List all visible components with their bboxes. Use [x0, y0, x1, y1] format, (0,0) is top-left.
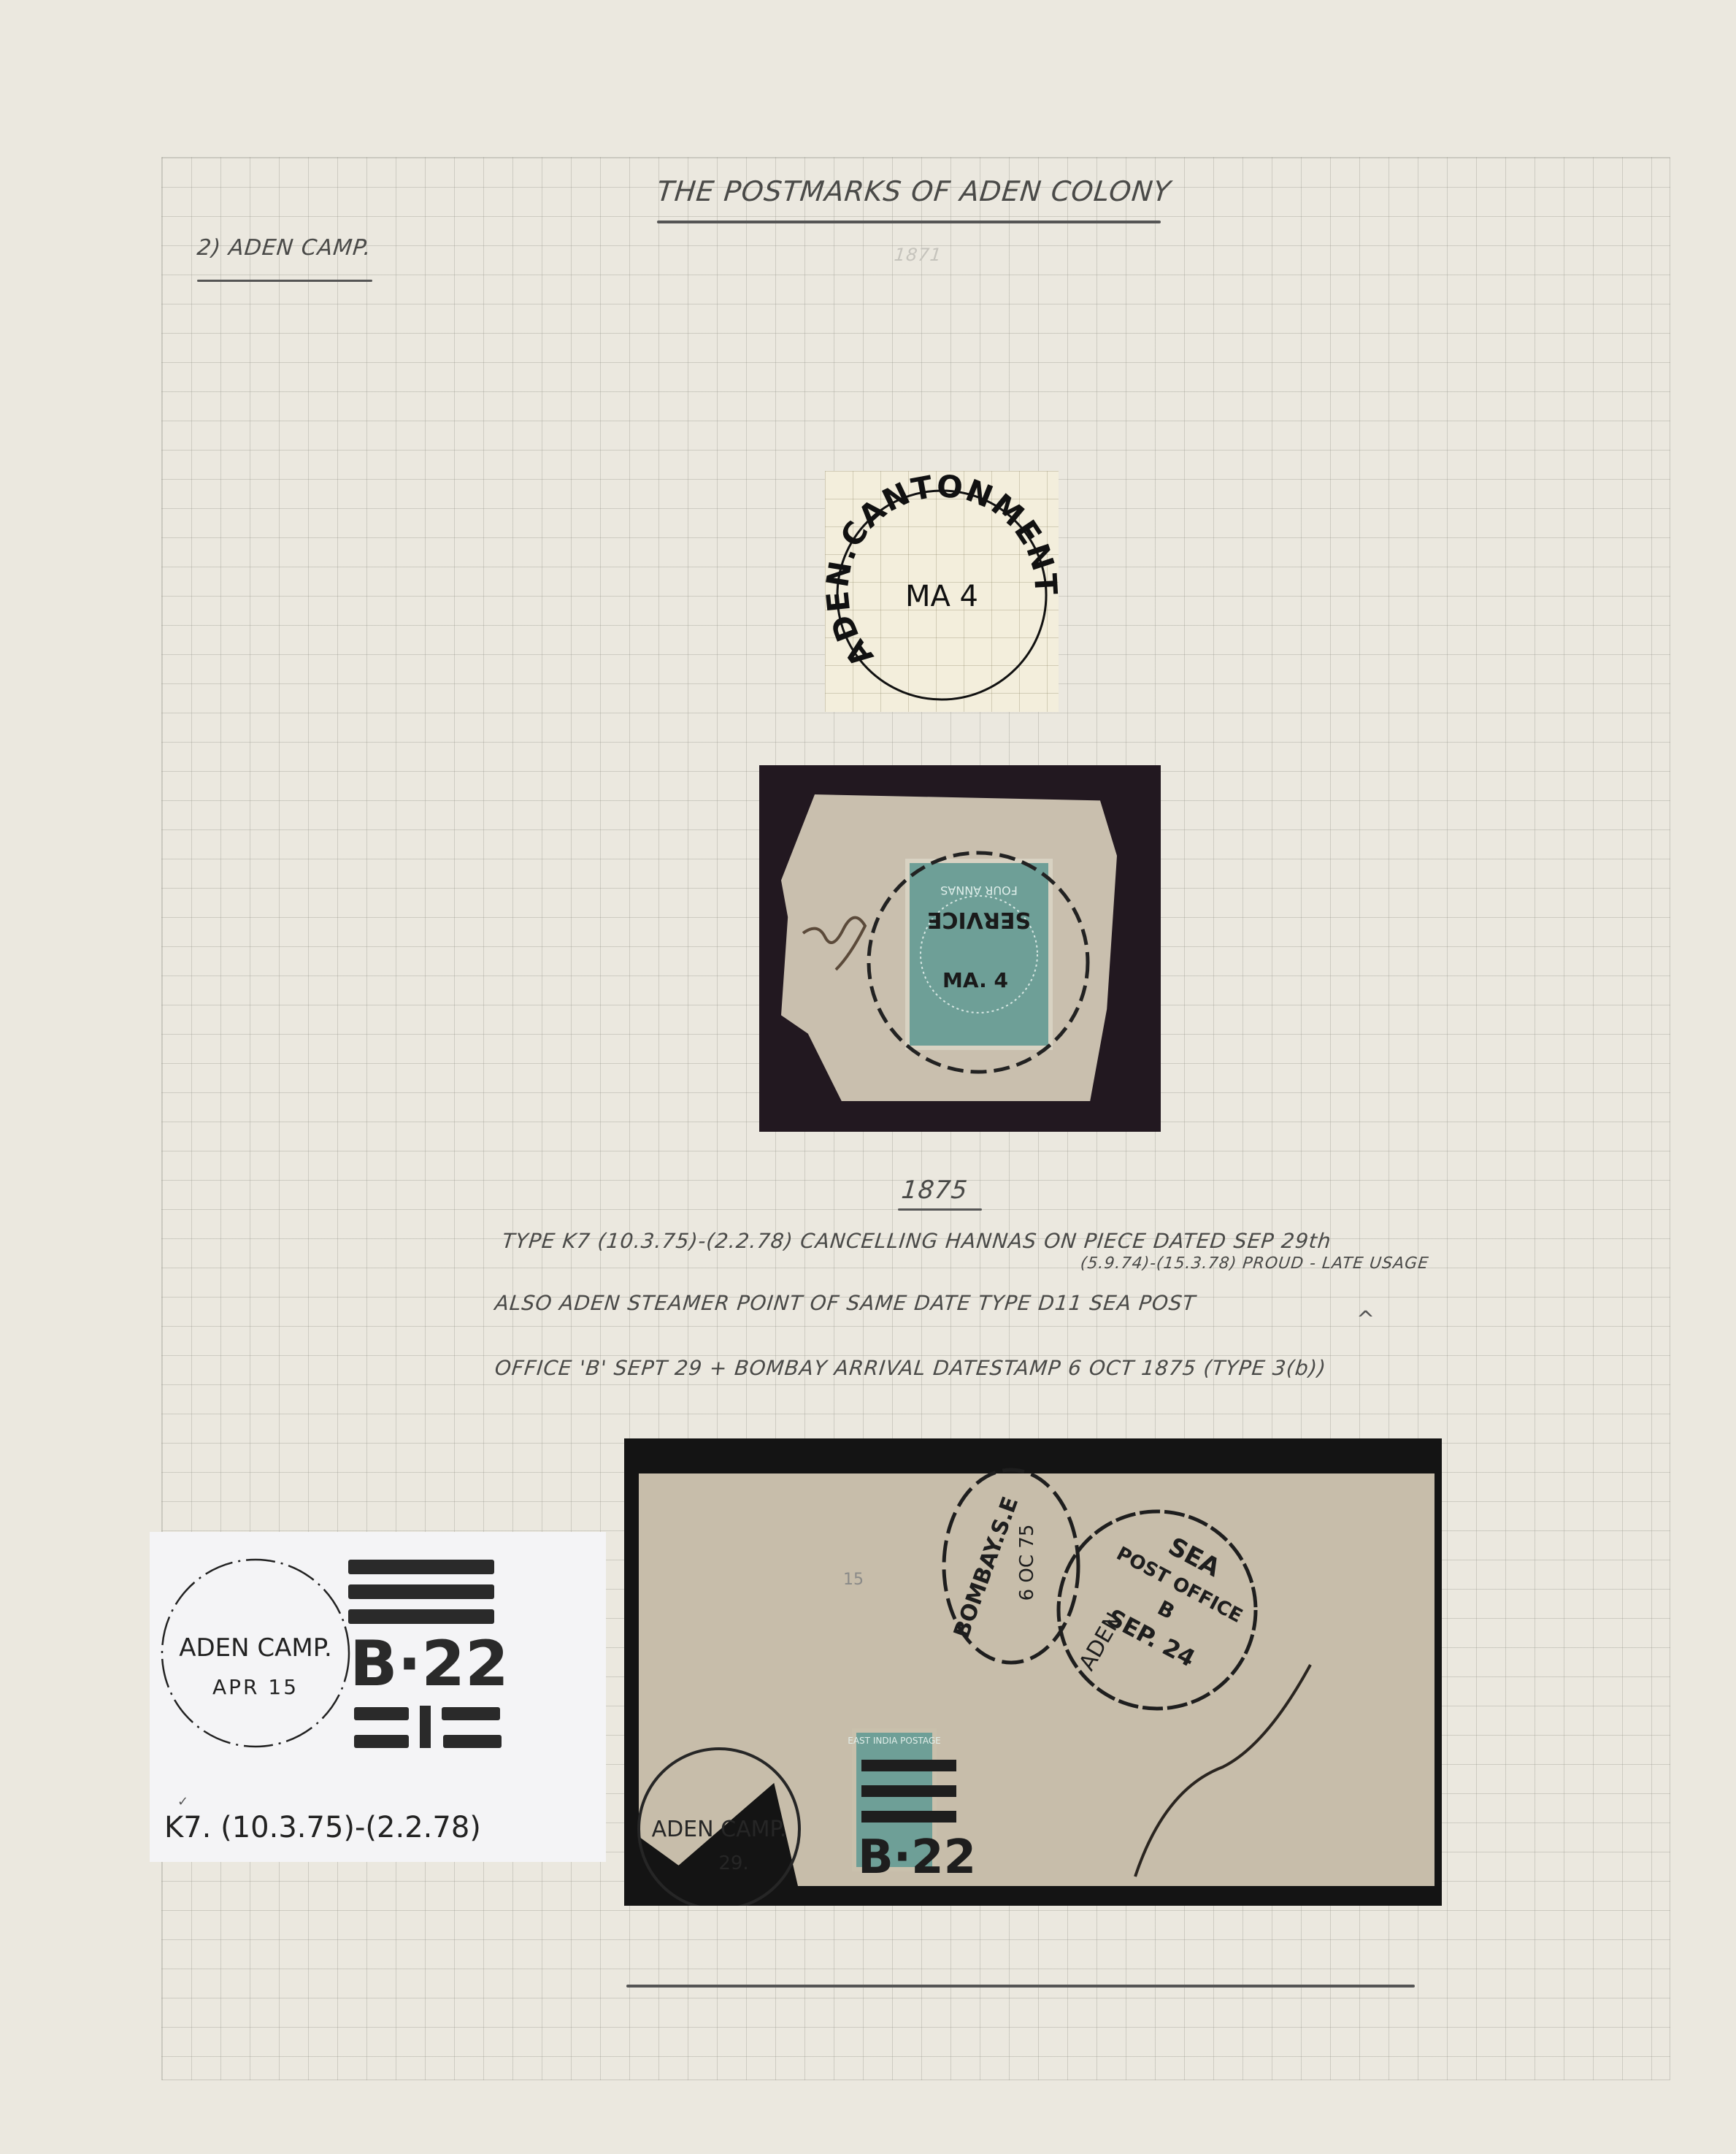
title-underline	[657, 221, 1161, 223]
cover-postmarks: ADEN CAMP. 29. EAST INDIA POSTAGE B·22 B…	[624, 1438, 1442, 1906]
svg-text:EAST INDIA POSTAGE: EAST INDIA POSTAGE	[848, 1736, 940, 1746]
bottom-divider-line	[626, 1985, 1415, 1988]
cantonment-postmark-drawing: ADEN.CANTONMENT MA 4	[825, 471, 1059, 712]
page-title: THE POSTMARKS OF ADEN COLONY	[656, 175, 1173, 207]
k7-caption: K7. (10.3.75)-(2.2.78)	[164, 1811, 481, 1844]
note-line-2: ALSO ADEN STEAMER POINT OF SAME DATE TYP…	[493, 1291, 1197, 1315]
section-heading: 2) ADEN CAMP.	[196, 235, 372, 261]
svg-text:B·22: B·22	[350, 1628, 509, 1701]
svg-text:B: B	[1153, 1595, 1178, 1624]
cantonment-cds-strike	[759, 765, 1161, 1132]
year-underline	[898, 1208, 982, 1211]
tracing-date: MA 4	[905, 580, 978, 613]
svg-text:29.: 29.	[718, 1852, 748, 1874]
year-heading: 1875	[900, 1176, 969, 1205]
svg-text:APR 15: APR 15	[212, 1675, 299, 1699]
aden-camp-duplex-drawing: ADEN CAMP. APR 15 B·22 ✓ K7. (10.3.75)-(…	[150, 1532, 606, 1862]
svg-text:ADEN CAMP.: ADEN CAMP.	[652, 1817, 787, 1842]
tracing-ring-text: ADEN.CANTONMENT	[825, 471, 1059, 674]
svg-text:6 OC 75: 6 OC 75	[1016, 1525, 1038, 1601]
faint-pencil-note: 1871	[894, 245, 943, 265]
note-line-1: TYPE K7 (10.3.75)-(2.2.78) CANCELLING HA…	[501, 1229, 1332, 1253]
svg-text:ADEN.CANTONMENT: ADEN.CANTONMENT	[825, 471, 1059, 674]
insertion-caret: ^	[1356, 1307, 1375, 1333]
stamp-on-piece-2: ADEN CAMP. 29. EAST INDIA POSTAGE B·22 B…	[624, 1438, 1442, 1906]
svg-text:B·22: B·22	[858, 1831, 976, 1885]
reference-card-k7: ADEN CAMP. APR 15 B·22 ✓ K7. (10.3.75)-(…	[150, 1532, 606, 1862]
svg-text:BOMBAY.S.E: BOMBAY.S.E	[949, 1493, 1023, 1641]
svg-text:ADEN: ADEN	[1075, 1609, 1128, 1675]
svg-text:ADEN CAMP.: ADEN CAMP.	[179, 1633, 332, 1663]
note-line-1-insert: (5.9.74)-(15.3.78) PROUD - LATE USAGE	[1080, 1254, 1430, 1273]
svg-text:✓: ✓	[177, 1794, 188, 1809]
note-line-3: OFFICE 'B' SEPT 29 + BOMBAY ARRIVAL DATE…	[493, 1356, 1327, 1380]
stamp-on-piece-1: FOUR ANNAS SERVICE MA. 4	[759, 765, 1161, 1132]
postmark-tracing-card: ADEN.CANTONMENT MA 4	[825, 471, 1059, 712]
section-underline	[197, 280, 372, 282]
svg-text:15: 15	[843, 1571, 864, 1589]
